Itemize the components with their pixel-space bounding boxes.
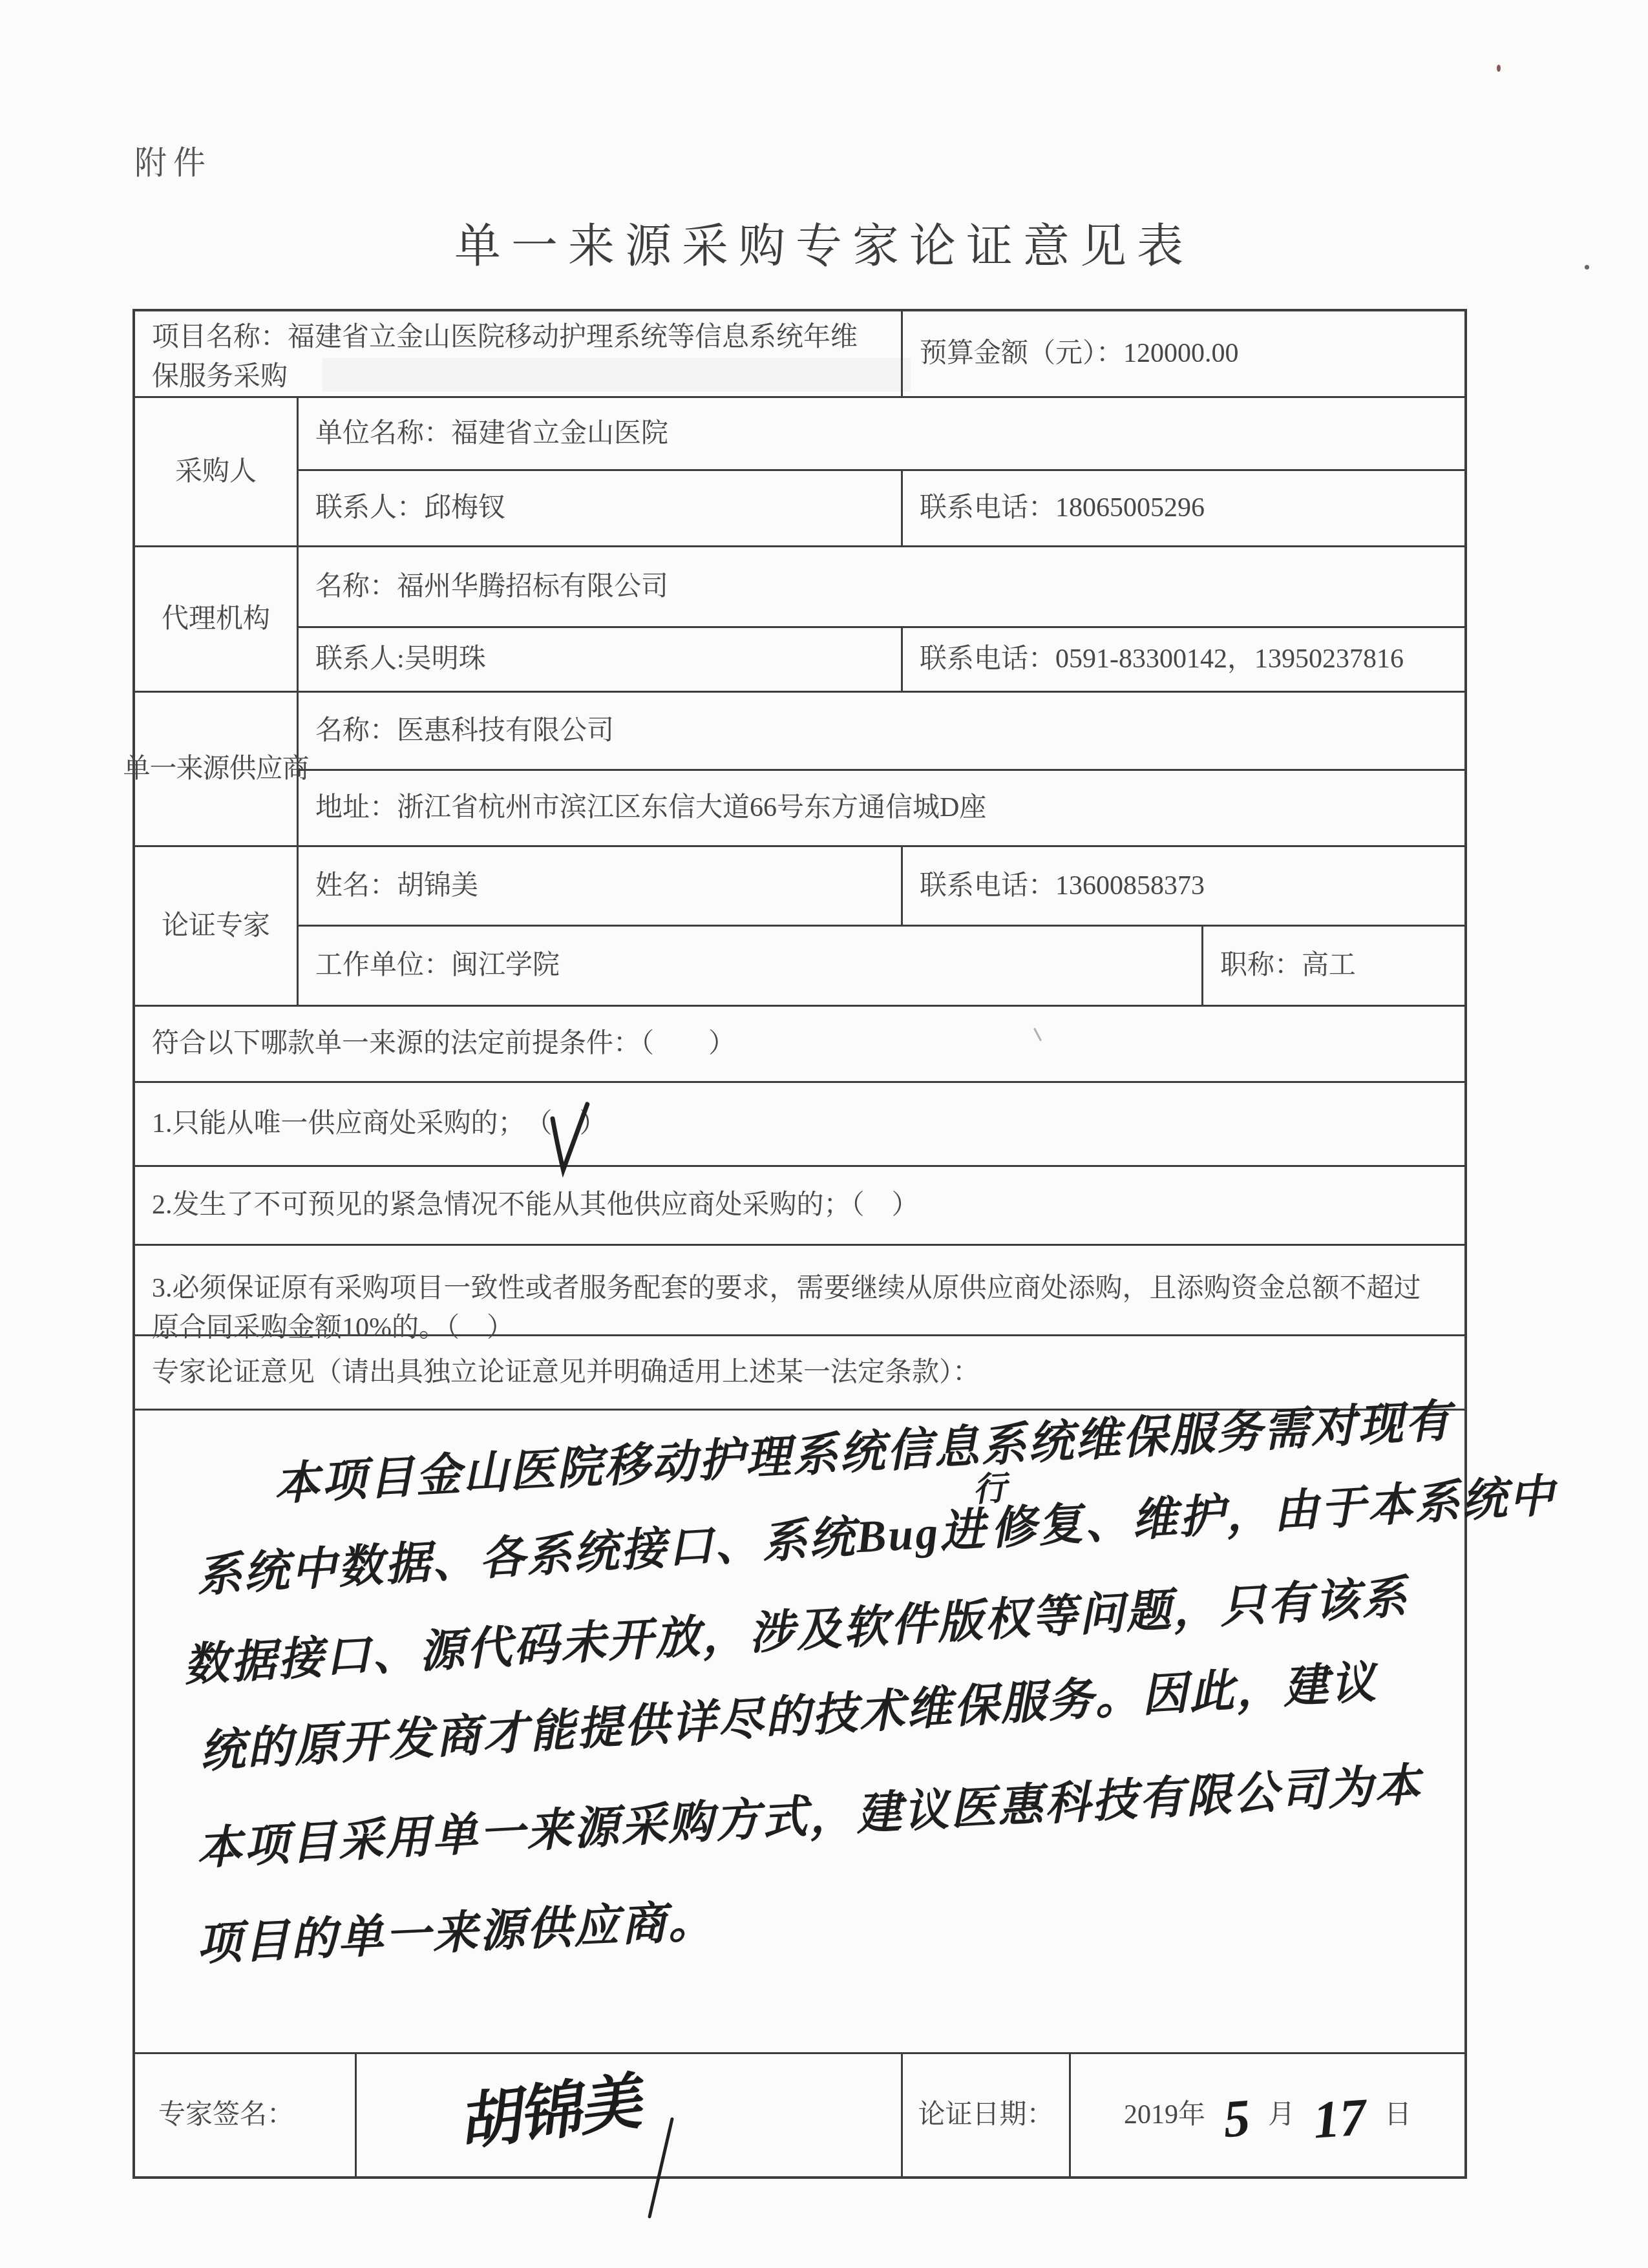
precondition-cell: 符合以下哪款单一来源的法定前提条件：（ ） <box>135 1007 1464 1081</box>
handwritten-month: 5 <box>1221 2080 1252 2158</box>
budget-cell: 预算金额（元）：120000.00 <box>901 311 1464 396</box>
budget-text: 预算金额（元）：120000.00 <box>920 334 1239 373</box>
scan-speck <box>1497 65 1501 72</box>
purchaser-section: 采购人 单位名称：福建省立金山医院 联系人：邱梅钗 联系电话：180650052… <box>135 398 1464 547</box>
supplier-label: 单一来源供应商 <box>135 693 297 845</box>
agency-section: 代理机构 名称：福州华腾招标有限公司 联系人:吴明珠 联系电话：0591-833… <box>135 547 1464 693</box>
signature-stroke <box>648 2117 674 2218</box>
supplier-section: 单一来源供应商 名称：医惠科技有限公司 地址：浙江省杭州市滨江区东信大道66号东… <box>135 693 1464 847</box>
expert-phone-cell: 联系电话：13600858373 <box>901 847 1464 925</box>
handwriting-line2-post: 修复、维护，由于本系统中 <box>989 1471 1558 1555</box>
clause1-text: 1.只能从唯一供应商处采购的； <box>152 1104 525 1144</box>
agency-contact-row: 联系人:吴明珠 联系电话：0591-83300142，13950237816 <box>299 626 1464 691</box>
date-month-unit: 月 <box>1268 2095 1295 2135</box>
supplier-name-cell: 名称：医惠科技有限公司 <box>299 693 1464 769</box>
expert-sub: 姓名：胡锦美 联系电话：13600858373 工作单位：闽江学院 职称：高工 <box>297 847 1464 1005</box>
inserted-character: 行 <box>971 1460 1009 1511</box>
expert-title-cell: 职称：高工 <box>1201 927 1464 1005</box>
date-label-cell: 论证日期： <box>901 2054 1069 2176</box>
date-cell: 2019年 5 月 17 日 <box>1069 2054 1464 2176</box>
clause1-row: 1.只能从唯一供应商处采购的； （ ） <box>135 1083 1464 1167</box>
expert-workunit-row: 工作单位：闽江学院 职称：高工 <box>299 925 1464 1005</box>
purchaser-contact-row: 联系人：邱梅钗 联系电话：18065005296 <box>299 469 1464 545</box>
expert-name-row: 姓名：胡锦美 联系电话：13600858373 <box>299 847 1464 925</box>
project-row: 项目名称：福建省立金山医院移动护理系统等信息系统年维保服务采购 预算金额（元）：… <box>135 311 1464 398</box>
agency-contact-cell: 联系人:吴明珠 <box>299 628 901 691</box>
purchaser-unit-row: 单位名称：福建省立金山医院 <box>299 398 1464 469</box>
signature-label-cell: 专家签名： <box>135 2054 355 2176</box>
clause2-cell: 2.发生了不可预见的紧急情况不能从其他供应商处采购的；（ ） <box>135 1167 1464 1244</box>
purchaser-unit-cell: 单位名称：福建省立金山医院 <box>299 398 1464 469</box>
expert-workunit-cell: 工作单位：闽江学院 <box>299 927 1201 1005</box>
clause3-row: 3.必须保证原有采购项目一致性或者服务配套的要求，需要继续从原供应商处添购，且添… <box>135 1246 1464 1336</box>
handwritten-day: 17 <box>1311 2079 1369 2159</box>
handwriting-line2-pre: 系统中数据、各系统接口、系统Bug进 <box>195 1505 988 1601</box>
date-day-unit: 日 <box>1384 2095 1411 2135</box>
purchaser-contact-cell: 联系人：邱梅钗 <box>299 471 901 545</box>
scanned-document-page: 附件 单一来源采购专家论证意见表 项目名称：福建省立金山医院移动护理系统等信息系… <box>0 0 1648 2268</box>
expert-opinion-handwriting-area: 本项目金山医院移动护理系统信息系统维保服务需对现有 系统中数据、各系统接口、系统… <box>135 1411 1464 2054</box>
opinion-form-table: 项目名称：福建省立金山医院移动护理系统等信息系统年维保服务采购 预算金额（元）：… <box>132 309 1467 2179</box>
expert-section: 论证专家 姓名：胡锦美 联系电话：13600858373 工作单位：闽江学院 职… <box>135 847 1464 1007</box>
project-name-cell: 项目名称：福建省立金山医院移动护理系统等信息系统年维保服务采购 <box>135 311 901 396</box>
agency-phone-cell: 联系电话：0591-83300142，13950237816 <box>901 628 1464 691</box>
clause1-paren: （ ） <box>525 1104 607 1144</box>
expert-name-cell: 姓名：胡锦美 <box>299 847 901 925</box>
supplier-name-row: 名称：医惠科技有限公司 <box>299 693 1464 769</box>
handwriting-line: 项目的单一来源供应商。 <box>195 1885 717 1973</box>
supplier-address-cell: 地址：浙江省杭州市滨江区东信大道66号东方通信城D座 <box>299 771 1464 845</box>
precondition-row: 符合以下哪款单一来源的法定前提条件：（ ） <box>135 1007 1464 1083</box>
supplier-address-row: 地址：浙江省杭州市滨江区东信大道66号东方通信城D座 <box>299 769 1464 845</box>
handwritten-signature: 胡锦美 <box>453 2057 645 2168</box>
purchaser-sub: 单位名称：福建省立金山医院 联系人：邱梅钗 联系电话：18065005296 <box>297 398 1464 545</box>
clause2-row: 2.发生了不可预见的紧急情况不能从其他供应商处采购的；（ ） <box>135 1167 1464 1246</box>
agency-label: 代理机构 <box>135 547 297 691</box>
expert-label: 论证专家 <box>135 847 297 1005</box>
supplier-sub: 名称：医惠科技有限公司 地址：浙江省杭州市滨江区东信大道66号东方通信城D座 <box>297 693 1464 845</box>
purchaser-phone-cell: 联系电话：18065005296 <box>901 471 1464 545</box>
clause3-cell: 3.必须保证原有采购项目一致性或者服务配套的要求，需要继续从原供应商处添购，且添… <box>135 1257 1464 1348</box>
purchaser-label: 采购人 <box>135 398 297 545</box>
attachment-label: 附件 <box>134 137 212 184</box>
date-year: 2019年 <box>1124 2095 1205 2135</box>
agency-name-cell: 名称：福州华腾招标有限公司 <box>299 547 1464 626</box>
signature-cell: 胡锦美 <box>355 2054 901 2176</box>
clause1-cell: 1.只能从唯一供应商处采购的； （ ） <box>135 1083 1464 1165</box>
agency-name-row: 名称：福州华腾招标有限公司 <box>299 547 1464 626</box>
document-title: 单一来源采购专家论证意见表 <box>0 208 1648 275</box>
handwritten-checkmark-icon <box>542 1097 594 1182</box>
signature-row: 专家签名： 胡锦美 论证日期： 2019年 5 月 17 日 <box>135 2054 1464 2176</box>
scan-shade <box>322 358 911 392</box>
agency-sub: 名称：福州华腾招标有限公司 联系人:吴明珠 联系电话：0591-83300142… <box>297 547 1464 691</box>
